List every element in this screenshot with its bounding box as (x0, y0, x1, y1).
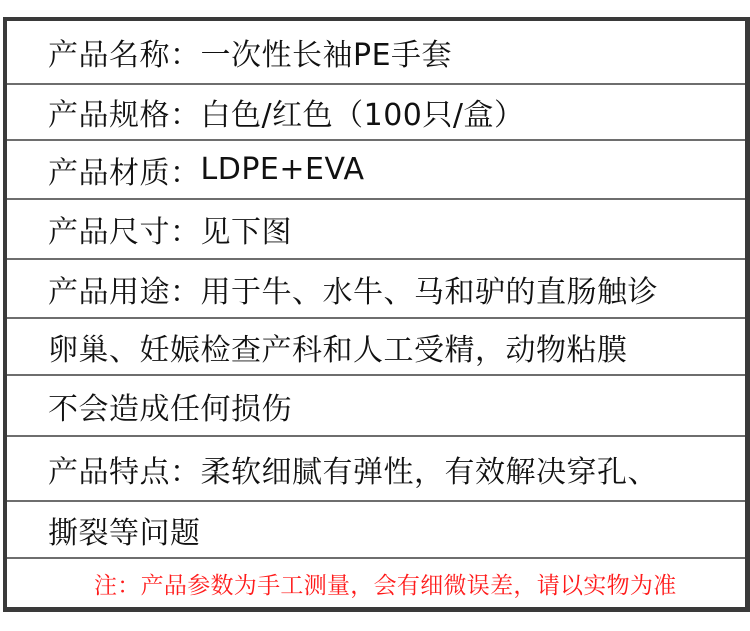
spec-value: 用于牛、水牛、马和驴的直肠触诊 (201, 267, 659, 311)
spec-row-usage-cont-2: 不会造成任何损伤 (7, 376, 745, 437)
spec-value: 一次性长袖PE手套 (201, 30, 453, 74)
spec-label: 产品名称： (48, 30, 201, 74)
spec-value: 不会造成任何损伤 (48, 384, 292, 428)
spec-row-name: 产品名称：一次性长袖PE手套 (7, 21, 745, 85)
spec-row-features-cont: 撕裂等问题 (7, 502, 745, 559)
measurement-disclaimer: 注：产品参数为手工测量，会有细微误差，请以实物为准 (48, 567, 677, 600)
spec-row-dimensions: 产品尺寸：见下图 (7, 200, 745, 260)
spec-value: LDPE+EVA (201, 152, 365, 187)
spec-value: 白色/红色（100只/盒） (201, 90, 525, 134)
spec-value: 卵巢、妊娠检查产科和人工受精，动物粘膜 (48, 325, 628, 369)
spec-row-features: 产品特点：柔软细腻有弹性，有效解决穿孔、 (7, 437, 745, 502)
note-row: 注：产品参数为手工测量，会有细微误差，请以实物为准 (7, 559, 745, 607)
spec-row-size-spec: 产品规格：白色/红色（100只/盒） (7, 85, 745, 141)
spec-label: 产品材质： (48, 148, 201, 192)
spec-row-usage-cont-1: 卵巢、妊娠检查产科和人工受精，动物粘膜 (7, 319, 745, 376)
spec-label: 产品特点： (48, 447, 201, 491)
spec-value: 撕裂等问题 (48, 508, 201, 552)
spec-row-material: 产品材质：LDPE+EVA (7, 141, 745, 200)
spec-row-usage: 产品用途：用于牛、水牛、马和驴的直肠触诊 (7, 260, 745, 319)
spec-value: 见下图 (201, 207, 293, 251)
product-spec-table: 产品名称：一次性长袖PE手套 产品规格：白色/红色（100只/盒） 产品材质：L… (3, 17, 750, 612)
spec-label: 产品尺寸： (48, 207, 201, 251)
spec-value: 柔软细腻有弹性，有效解决穿孔、 (201, 447, 659, 491)
spec-label: 产品用途： (48, 267, 201, 311)
spec-label: 产品规格： (48, 90, 201, 134)
